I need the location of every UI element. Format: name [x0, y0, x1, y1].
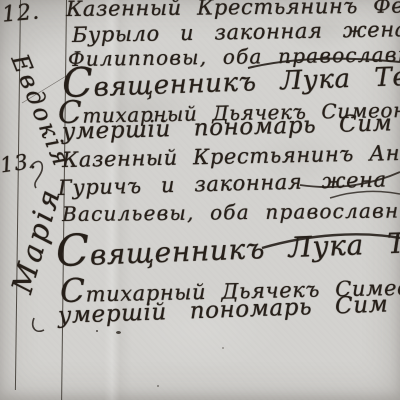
entry-12-number: 12. [1, 0, 41, 28]
ink-speck [157, 385, 159, 387]
ink-speck [116, 331, 121, 334]
ink-speck [222, 347, 224, 349]
entry-13-number: 13. [0, 149, 38, 178]
entry-13-parents-line-1: Казенный Крестьянинъ Андрей Д [62, 140, 400, 172]
ink-speck [96, 330, 98, 332]
register-page: 12. 13. Евдокія Марія Казенный Крестьяни… [0, 0, 400, 400]
